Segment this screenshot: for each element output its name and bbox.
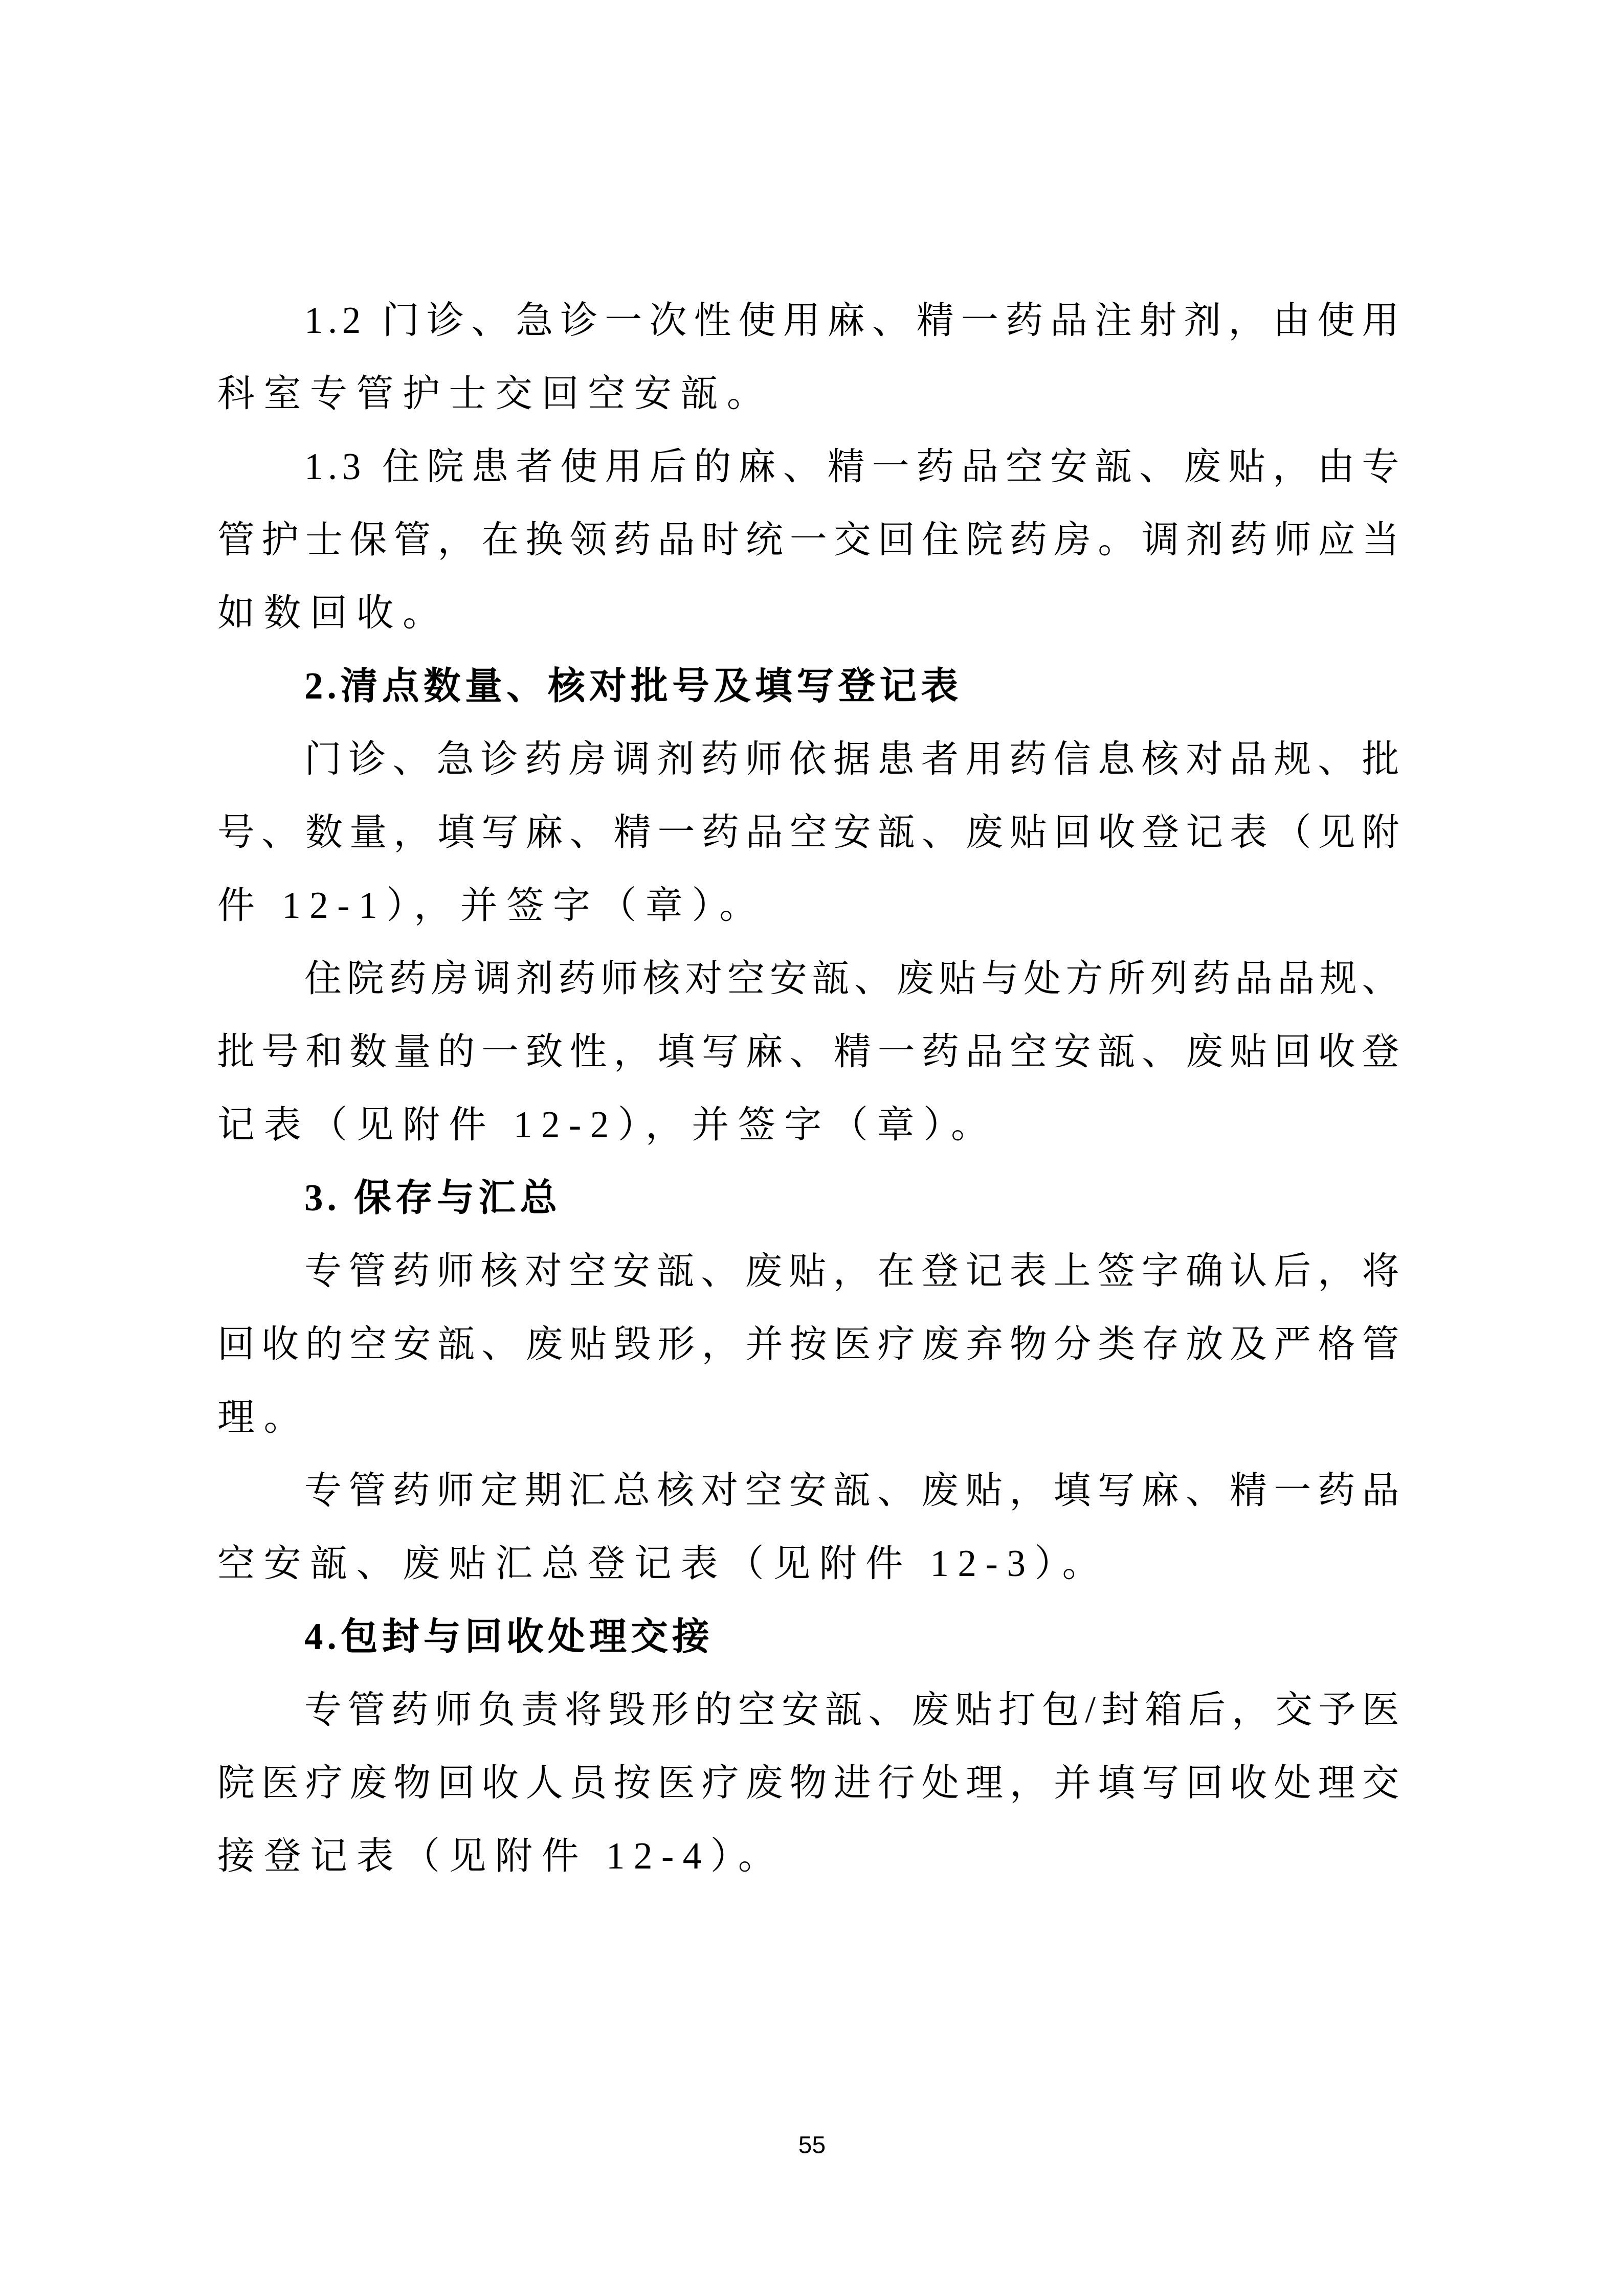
- text-line: 1.2 门诊、急诊一次性使用麻、精一药品注射剂，由使用: [217, 284, 1404, 357]
- paragraph-inpatient-registration: 住院药房调剂药师核对空安瓿、废贴与处方所列药品品规、 批号和数量的一致性，填写麻…: [217, 942, 1404, 1161]
- text-line: 门诊、急诊药房调剂药师依据患者用药信息核对品规、批: [217, 723, 1404, 796]
- heading-line: 3. 保存与汇总: [217, 1161, 1404, 1234]
- text-line: 科室专管护士交回空安瓿。: [217, 357, 1404, 430]
- document-body: 1.2 门诊、急诊一次性使用麻、精一药品注射剂，由使用 科室专管护士交回空安瓿。…: [217, 284, 1404, 1893]
- text-line: 专管药师核对空安瓿、废贴，在登记表上签字确认后，将: [217, 1234, 1404, 1308]
- text-line: 批号和数量的一致性，填写麻、精一药品空安瓿、废贴回收登: [217, 1015, 1404, 1088]
- heading-line: 4.包封与回收处理交接: [217, 1600, 1404, 1673]
- text-line: 管护士保管，在换领药品时统一交回住院药房。调剂药师应当: [217, 503, 1404, 576]
- section-heading-2: 2.清点数量、核对批号及填写登记表: [217, 649, 1404, 723]
- text-line: 回收的空安瓿、废贴毁形，并按医疗废弃物分类存放及严格管: [217, 1308, 1404, 1381]
- paragraph-outpatient-registration: 门诊、急诊药房调剂药师依据患者用药信息核对品规、批 号、数量，填写麻、精一药品空…: [217, 723, 1404, 942]
- section-heading-3: 3. 保存与汇总: [217, 1161, 1404, 1234]
- paragraph-storage: 专管药师核对空安瓿、废贴，在登记表上签字确认后，将 回收的空安瓿、废贴毁形，并按…: [217, 1234, 1404, 1454]
- text-line: 住院药房调剂药师核对空安瓿、废贴与处方所列药品品规、: [217, 942, 1404, 1015]
- paragraph-handover: 专管药师负责将毁形的空安瓿、废贴打包/封箱后，交予医 院医疗废物回收人员按医疗废…: [217, 1673, 1404, 1893]
- text-line: 如数回收。: [217, 576, 1404, 649]
- text-line: 理。: [217, 1381, 1404, 1454]
- text-line: 空安瓿、废贴汇总登记表（见附件 12-3）。: [217, 1527, 1404, 1600]
- paragraph-1-3: 1.3 住院患者使用后的麻、精一药品空安瓿、废贴，由专 管护士保管，在换领药品时…: [217, 430, 1404, 649]
- text-line: 记表（见附件 12-2），并签字（章）。: [217, 1088, 1404, 1161]
- section-heading-4: 4.包封与回收处理交接: [217, 1600, 1404, 1673]
- paragraph-1-2: 1.2 门诊、急诊一次性使用麻、精一药品注射剂，由使用 科室专管护士交回空安瓿。: [217, 284, 1404, 430]
- text-line: 接登记表（见附件 12-4）。: [217, 1819, 1404, 1893]
- heading-line: 2.清点数量、核对批号及填写登记表: [217, 649, 1404, 723]
- text-line: 专管药师定期汇总核对空安瓿、废贴，填写麻、精一药品: [217, 1454, 1404, 1527]
- document-page: 1.2 门诊、急诊一次性使用麻、精一药品注射剂，由使用 科室专管护士交回空安瓿。…: [0, 0, 1624, 2296]
- paragraph-summary: 专管药师定期汇总核对空安瓿、废贴，填写麻、精一药品 空安瓿、废贴汇总登记表（见附…: [217, 1454, 1404, 1600]
- text-line: 专管药师负责将毁形的空安瓿、废贴打包/封箱后，交予医: [217, 1673, 1404, 1746]
- text-line: 号、数量，填写麻、精一药品空安瓿、废贴回收登记表（见附: [217, 796, 1404, 869]
- page-number: 55: [0, 2133, 1624, 2158]
- text-line: 院医疗废物回收人员按医疗废物进行处理，并填写回收处理交: [217, 1746, 1404, 1819]
- text-line: 件 12-1），并签字（章）。: [217, 869, 1404, 942]
- text-line: 1.3 住院患者使用后的麻、精一药品空安瓿、废贴，由专: [217, 430, 1404, 503]
